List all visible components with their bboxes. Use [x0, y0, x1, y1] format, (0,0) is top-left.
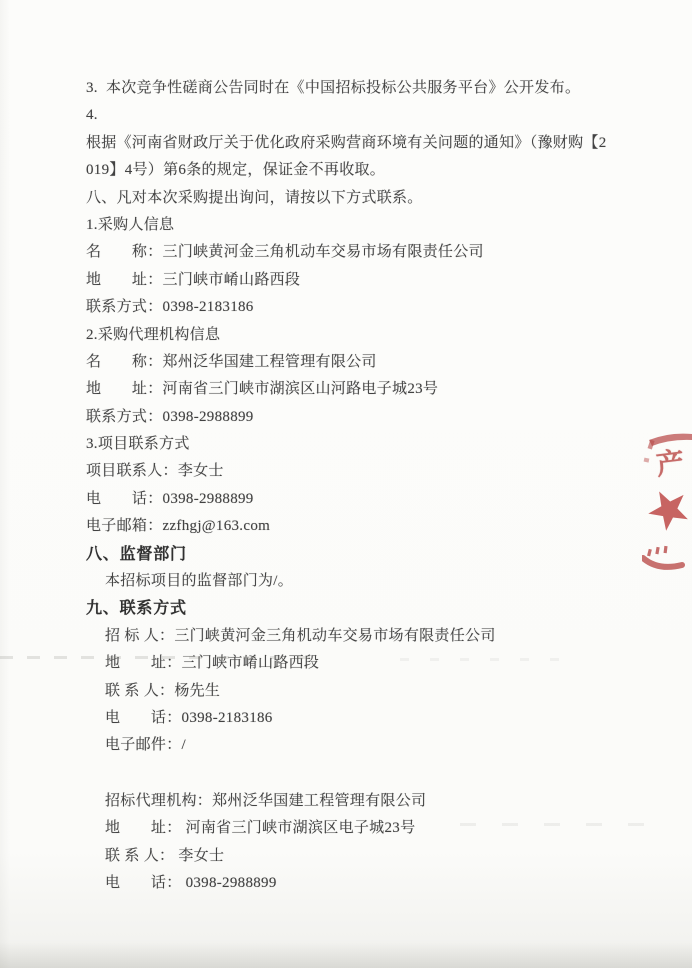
project-contact-section: 3.项目联系方式 项目联系人：李女士 电 话：0398-2988899 电子邮箱…: [86, 431, 684, 541]
agency-phone-row: 电 话： 0398-2988899: [105, 870, 684, 897]
project-contact-heading: 3.项目联系方式: [86, 431, 684, 458]
field-label: 联 系 人：: [105, 683, 174, 699]
regulation-line-2: 019】4号）第6条的规定，保证金不再收取。: [86, 157, 684, 184]
field-value: 河南省三门峡市湖滨区山河路电子城23号: [163, 381, 439, 397]
field-label: 招 标 人：: [105, 628, 174, 644]
notice-platform-line: 3. 本次竞争性磋商公告同时在《中国招标投标公共服务平台》公开发布。: [86, 75, 684, 102]
item-4-line: 4.: [86, 102, 684, 129]
supervision-heading: 八、监督部门: [86, 541, 684, 568]
field-label: 电 话：: [105, 710, 182, 726]
project-email-row: 电子邮箱：zzfhgj@163.com: [86, 513, 684, 540]
field-label: 联 系 人：: [105, 848, 174, 864]
agency-info-heading: 2.采购代理机构信息: [86, 322, 684, 349]
field-value: /: [182, 737, 186, 753]
purchaser-address-row: 地 址：三门峡市崤山路西段: [86, 267, 684, 294]
field-label: 项目联系人：: [86, 463, 178, 479]
bidder-phone-row: 电 话：0398-2183186: [105, 705, 684, 732]
field-value: zzfhgj@163.com: [163, 518, 271, 534]
project-person-row: 项目联系人：李女士: [86, 458, 684, 485]
field-value: 0398-2183186: [163, 299, 254, 315]
bidder-row: 招 标 人：三门峡黄河金三角机动车交易市场有限责任公司: [105, 623, 684, 650]
field-label: 地 址：: [86, 272, 163, 288]
field-value: 郑州泛华国建工程管理有限公司: [163, 354, 377, 370]
field-value: 河南省三门峡市湖滨区电子城23号: [182, 820, 416, 836]
field-label: 联系方式：: [86, 299, 163, 315]
document-body: 3. 本次竞争性磋商公告同时在《中国招标投标公共服务平台》公开发布。 4. 根据…: [86, 75, 684, 897]
field-label: 地 址：: [105, 820, 182, 836]
purchaser-info-heading: 1.采购人信息: [86, 212, 684, 239]
supervision-section: 八、监督部门 本招标项目的监督部门为/。: [86, 541, 684, 596]
field-value: 0398-2988899: [163, 491, 254, 507]
agency-address-row-2: 地 址： 河南省三门峡市湖滨区电子城23号: [105, 815, 684, 842]
field-label: 电子邮箱：: [86, 518, 163, 534]
field-value: 三门峡市崤山路西段: [182, 655, 320, 671]
project-phone-row: 电 话：0398-2988899: [86, 486, 684, 513]
field-value: 0398-2183186: [182, 710, 273, 726]
field-label: 电子邮件：: [105, 737, 182, 753]
regulation-line-1: 根据《河南省财政厅关于优化政府采购营商环境有关问题的通知》（豫财购【2: [86, 130, 684, 157]
field-value: 0398-2988899: [163, 409, 254, 425]
agency-name-row: 名 称：郑州泛华国建工程管理有限公司: [86, 349, 684, 376]
agency-address-row: 地 址：河南省三门峡市湖滨区山河路电子城23号: [86, 376, 684, 403]
scanned-document-page: 3. 本次竞争性磋商公告同时在《中国招标投标公共服务平台》公开发布。 4. 根据…: [0, 0, 692, 968]
field-value: 三门峡市崤山路西段: [163, 272, 301, 288]
purchaser-contact-row: 联系方式：0398-2183186: [86, 294, 684, 321]
field-label: 地 址：: [105, 655, 182, 671]
bidder-address-row: 地 址：三门峡市崤山路西段: [105, 650, 684, 677]
field-value: 杨先生: [174, 683, 220, 699]
agency-row: 招标代理机构：郑州泛华国建工程管理有限公司: [105, 788, 684, 815]
bidder-person-row: 联 系 人：杨先生: [105, 678, 684, 705]
field-label: 电 话：: [86, 491, 163, 507]
field-value: 郑州泛华国建工程管理有限公司: [212, 793, 426, 809]
field-label: 名 称：: [86, 244, 163, 260]
field-value: 0398-2988899: [182, 875, 277, 891]
field-value: 三门峡黄河金三角机动车交易市场有限责任公司: [174, 628, 495, 644]
inquiry-contact-line: 八、凡对本次采购提出询问，请按以下方式联系。: [86, 185, 684, 212]
field-label: 地 址：: [86, 381, 163, 397]
contacts-heading: 九、联系方式: [86, 595, 684, 622]
agency-contact-row: 联系方式：0398-2988899: [86, 404, 684, 431]
field-label: 联系方式：: [86, 409, 163, 425]
contacts-section: 九、联系方式 招 标 人：三门峡黄河金三角机动车交易市场有限责任公司 地 址：三…: [86, 595, 684, 759]
field-value: 李女士: [178, 463, 224, 479]
field-label: 名 称：: [86, 354, 163, 370]
field-value: 李女士: [174, 848, 224, 864]
field-value: 三门峡黄河金三角机动车交易市场有限责任公司: [163, 244, 484, 260]
purchaser-name-row: 名 称：三门峡黄河金三角机动车交易市场有限责任公司: [86, 239, 684, 266]
supervision-body: 本招标项目的监督部门为/。: [105, 568, 684, 595]
field-label: 招标代理机构：: [105, 793, 212, 809]
agency-person-row: 联 系 人： 李女士: [105, 843, 684, 870]
bidder-email-row: 电子邮件：/: [105, 732, 684, 759]
intro-section: 3. 本次竞争性磋商公告同时在《中国招标投标公共服务平台》公开发布。 4. 根据…: [86, 75, 684, 212]
purchaser-info-section: 1.采购人信息 名 称：三门峡黄河金三角机动车交易市场有限责任公司 地 址：三门…: [86, 212, 684, 322]
agency-info-section: 2.采购代理机构信息 名 称：郑州泛华国建工程管理有限公司 地 址：河南省三门峡…: [86, 322, 684, 432]
agency-contacts-section: 招标代理机构：郑州泛华国建工程管理有限公司 地 址： 河南省三门峡市湖滨区电子城…: [86, 788, 684, 898]
field-label: 电 话：: [105, 875, 182, 891]
